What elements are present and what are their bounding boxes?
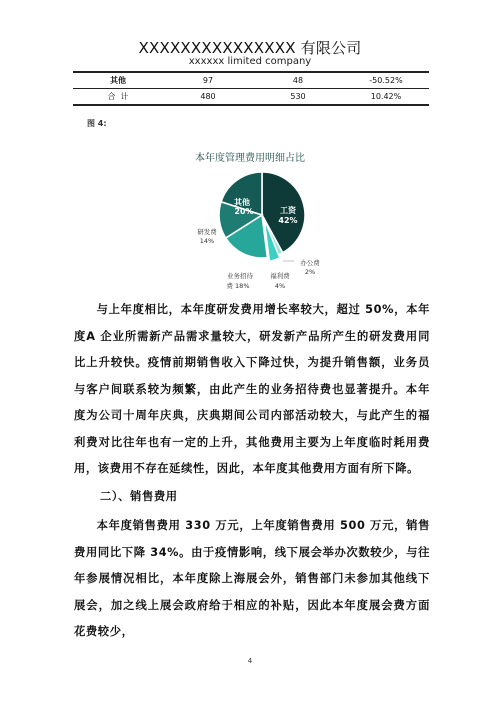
label-yanfa-pct: 14% [200, 237, 214, 245]
label-yanfa: 研发费 [197, 227, 217, 236]
label-bangong: 办公费 [300, 258, 320, 267]
paragraph-sales-expenses: 本年度销售费用 330 万元，上年度销售费用 500 万元，销售费用同比下降 3… [74, 513, 430, 646]
label-qita-pct: 20% [234, 207, 253, 216]
row-last-year: 97 [163, 72, 253, 89]
label-zhaodai-pct: 费 18% [226, 281, 249, 290]
row-name: 合 计 [73, 89, 163, 106]
row-name: 其他 [73, 72, 163, 89]
label-gongzi: 工资 [280, 205, 297, 215]
label-gongzi-pct: 42% [278, 216, 297, 225]
section-heading-sales: 二）、销售费用 [100, 488, 178, 504]
paragraph-admin-expenses: 与上年度相比，本年度研发费用增长率较大，超过 50%，本年度A 企业所需新产品需… [74, 297, 430, 483]
label-zhaodai: 业务招待 [227, 271, 254, 280]
label-bangong-pct: 2% [305, 268, 315, 276]
label-qita: 其他 [234, 197, 250, 207]
row-change: 10.42% [343, 89, 429, 106]
expense-table: 其他 97 48 -50.52% 合 计 480 530 10.42% [73, 71, 429, 106]
row-last-year: 480 [163, 89, 253, 106]
paragraph-text: 本年度销售费用 330 万元，上年度销售费用 500 万元，销售费用同比下降 3… [74, 513, 430, 646]
row-this-year: 530 [253, 89, 343, 106]
label-fuli-pct: 4% [275, 282, 285, 290]
table-row-total: 合 计 480 530 10.42% [73, 89, 429, 106]
pie-chart: 工资 42% 其他 20% 研发费 14% 业务招待 费 18% 福利费 4% … [180, 165, 340, 295]
figure-label: 图 4: [87, 118, 107, 129]
table-row: 其他 97 48 -50.52% [73, 72, 429, 89]
row-change: -50.52% [343, 72, 429, 89]
row-this-year: 48 [253, 72, 343, 89]
paragraph-text: 与上年度相比，本年度研发费用增长率较大，超过 50%，本年度A 企业所需新产品需… [74, 297, 430, 483]
page-number: 4 [0, 657, 500, 665]
company-title: XXXXXXXXXXXXXXX 有限公司 [0, 37, 500, 58]
company-subtitle: xxxxxx limited company [0, 56, 500, 67]
chart-title: 本年度管理费用明细占比 [0, 149, 500, 164]
label-fuli: 福利费 [270, 271, 290, 280]
